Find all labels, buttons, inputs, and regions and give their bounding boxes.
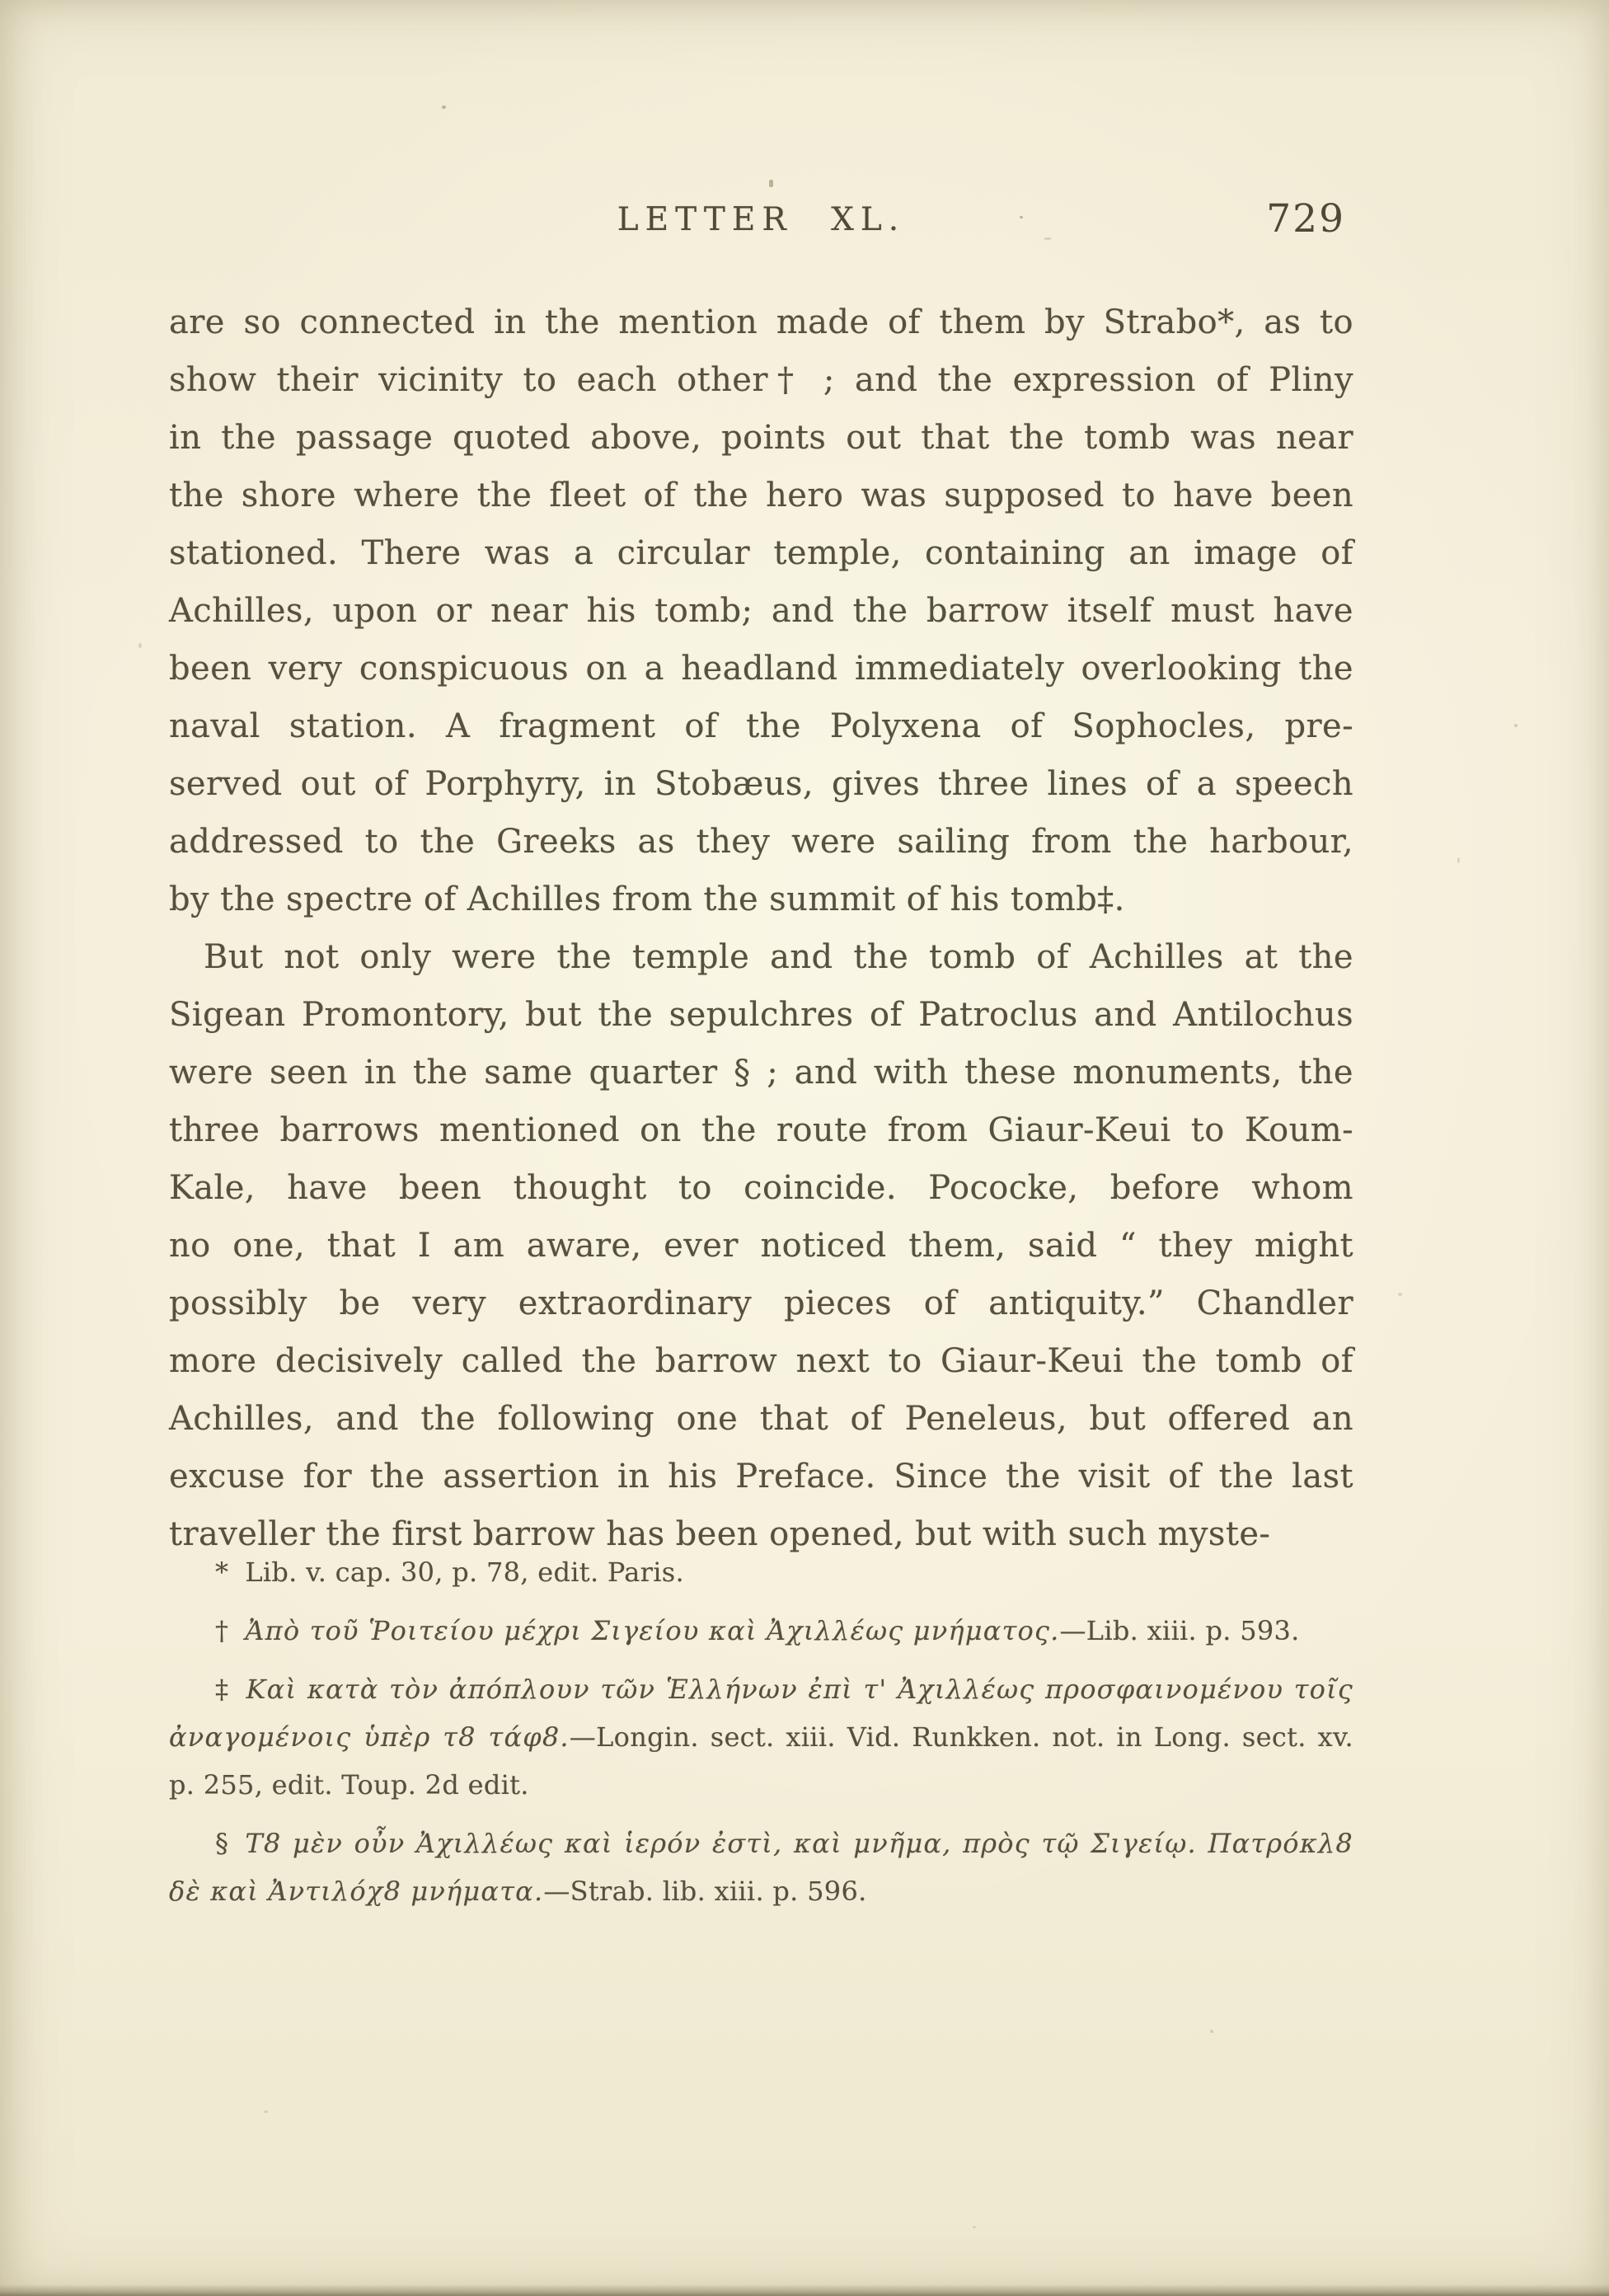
text-line: naval station. A fragment of the Polyxen… bbox=[169, 697, 1353, 755]
text-line: possibly be very extraordinary pieces of… bbox=[169, 1275, 1353, 1332]
footnote-citation: —Lib. xiii. p. 593. bbox=[1059, 1615, 1299, 1646]
text-line: three barrows mentioned on the route fro… bbox=[169, 1101, 1353, 1159]
footnote-double-dagger: ‡Καὶ κατὰ τὸν ἀπόπλουν τῶν Ἑλλήνων ἐπὶ τ… bbox=[169, 1665, 1353, 1809]
section-marker: § bbox=[215, 1828, 228, 1859]
text-line: addressed to the Greeks as they were sai… bbox=[169, 813, 1353, 871]
text-line: Achilles, upon or near his tomb; and the… bbox=[169, 582, 1353, 640]
asterisk-marker: * bbox=[215, 1556, 228, 1588]
text-line: Kale, have been thought to coincide. Poc… bbox=[169, 1159, 1353, 1217]
double-dagger-marker: ‡ bbox=[215, 1674, 230, 1705]
text-line: Achilles, and the following one that of … bbox=[169, 1390, 1353, 1448]
running-title: LETTER XL. bbox=[169, 201, 1353, 238]
text-line: served out of Porphyry, in Stobæus, give… bbox=[169, 755, 1353, 813]
footnote-text: Lib. v. cap. 30, p. 78, edit. Paris. bbox=[245, 1556, 684, 1588]
footnote-section-mark: §Τ8 μὲν οὖν Ἀχιλλέως καὶ ἱερόν ἐστὶ, καὶ… bbox=[169, 1819, 1353, 1915]
text-line: excuse for the assertion in his Preface.… bbox=[169, 1448, 1353, 1505]
text-line: the shore where the fleet of the hero wa… bbox=[169, 467, 1353, 524]
footnote-dagger: †Ἀπὸ τοῦ Ῥοιτείου μέχρι Σιγείου καὶ Ἀχιλ… bbox=[169, 1607, 1353, 1655]
footnote-greek-text: Ἀπὸ τοῦ Ῥοιτείου μέχρι Σιγείου καὶ Ἀχιλλ… bbox=[245, 1615, 1059, 1646]
scanned-book-page: LETTER XL. 729 are so connected in the m… bbox=[0, 0, 1609, 2296]
footnote-asterisk: *Lib. v. cap. 30, p. 78, edit. Paris. bbox=[169, 1548, 1353, 1596]
page-header: LETTER XL. 729 bbox=[169, 201, 1353, 251]
text-line: show their vicinity to each other† ; and… bbox=[169, 351, 1353, 409]
page-number: 729 bbox=[1266, 196, 1345, 242]
text-line: been very conspicuous on a headland imme… bbox=[169, 640, 1353, 697]
footnote-citation: —Strab. lib. xiii. p. 596. bbox=[543, 1876, 866, 1907]
text-line: more decisively called the barrow next t… bbox=[169, 1332, 1353, 1390]
text-line: Sigean Promontory, but the sepulchres of… bbox=[169, 986, 1353, 1044]
text-line: stationed. There was a circular temple, … bbox=[169, 524, 1353, 582]
text-line: But not only were the temple and the tom… bbox=[169, 928, 1353, 986]
text-line: in the passage quoted above, points out … bbox=[169, 409, 1353, 467]
body-text: are so connected in the mention made of … bbox=[169, 293, 1353, 1563]
text-line: by the spectre of Achilles from the summ… bbox=[169, 871, 1353, 928]
dagger-marker: † bbox=[215, 1615, 228, 1646]
text-line: were seen in the same quarter § ; and wi… bbox=[169, 1044, 1353, 1101]
text-line: are so connected in the mention made of … bbox=[169, 293, 1353, 351]
footnotes-section: *Lib. v. cap. 30, p. 78, edit. Paris. †Ἀ… bbox=[169, 1548, 1353, 1926]
text-line: no one, that I am aware, ever noticed th… bbox=[169, 1217, 1353, 1275]
